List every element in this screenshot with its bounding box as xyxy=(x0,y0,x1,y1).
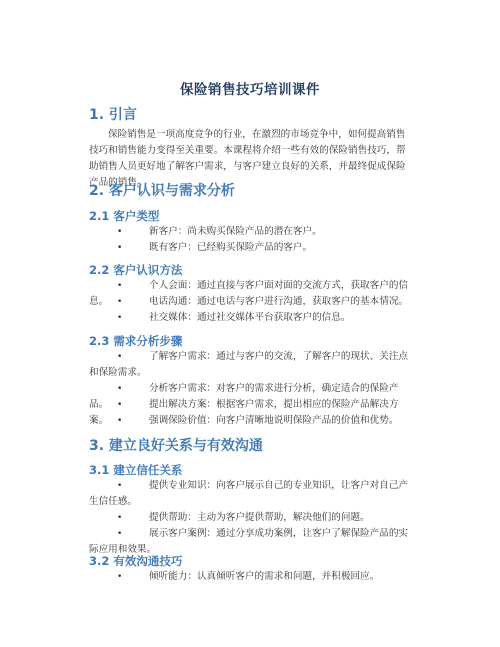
list-item: 电话沟通：通过电话与客户进行沟通，获取客户的基本情况。 xyxy=(89,294,411,310)
bullet-icon xyxy=(89,569,149,585)
list-item: 了解客户需求：通过与客户的交流，了解客户的现状、关注点和保险需求。 xyxy=(89,349,411,381)
subsection-heading-trust: 3.1 建立信任关系 xyxy=(89,462,182,478)
list-item: 既有客户：已经购买保险产品的客户。 xyxy=(89,240,411,256)
document-title: 保险销售技巧培训课件 xyxy=(0,78,500,98)
bullet-icon xyxy=(89,278,149,294)
bullet-icon xyxy=(89,510,149,526)
section-heading-relationships: 3. 建立良好关系与有效沟通 xyxy=(89,435,263,455)
bullet-icon xyxy=(89,224,149,240)
bullet-icon xyxy=(89,478,149,494)
bullet-icon xyxy=(89,294,149,310)
list-item: 强调保险价值：向客户清晰地说明保险产品的价值和优势。 xyxy=(89,413,411,429)
subsection-heading-needs-analysis: 2.3 需求分析步骤 xyxy=(89,333,182,349)
bullet-icon xyxy=(89,240,149,256)
bullet-icon xyxy=(89,413,149,429)
section-heading-customer-analysis: 2. 客户认识与需求分析 xyxy=(89,180,235,200)
list-item: 社交媒体：通过社交媒体平台获取客户的信息。 xyxy=(89,310,411,326)
bullet-icon xyxy=(89,349,149,365)
bullet-icon xyxy=(89,397,149,413)
subsection-heading-recognition-methods: 2.2 客户认识方法 xyxy=(89,262,182,278)
list-item: 新客户：尚未购买保险产品的潜在客户。 xyxy=(89,224,411,240)
list-item: 提供专业知识：向客户展示自己的专业知识，让客户对自己产生信任感。 xyxy=(89,478,411,510)
bullet-icon xyxy=(89,526,149,542)
section-heading-intro: 1. 引言 xyxy=(89,104,137,124)
subsection-heading-customer-types: 2.1 客户类型 xyxy=(89,208,159,224)
subsection-heading-communication: 3.2 有效沟通技巧 xyxy=(89,553,182,569)
list-item: 倾听能力：认真倾听客户的需求和问题，并积极回应。 xyxy=(89,569,411,585)
list-item: 提供帮助：主动为客户提供帮助，解决他们的问题。 xyxy=(89,510,411,526)
bullet-icon xyxy=(89,381,149,397)
document-page: 保险销售技巧培训课件 1. 引言 保险销售是一项高度竞争的行业，在激烈的市场竞争… xyxy=(0,0,500,647)
bullet-icon xyxy=(89,310,149,326)
